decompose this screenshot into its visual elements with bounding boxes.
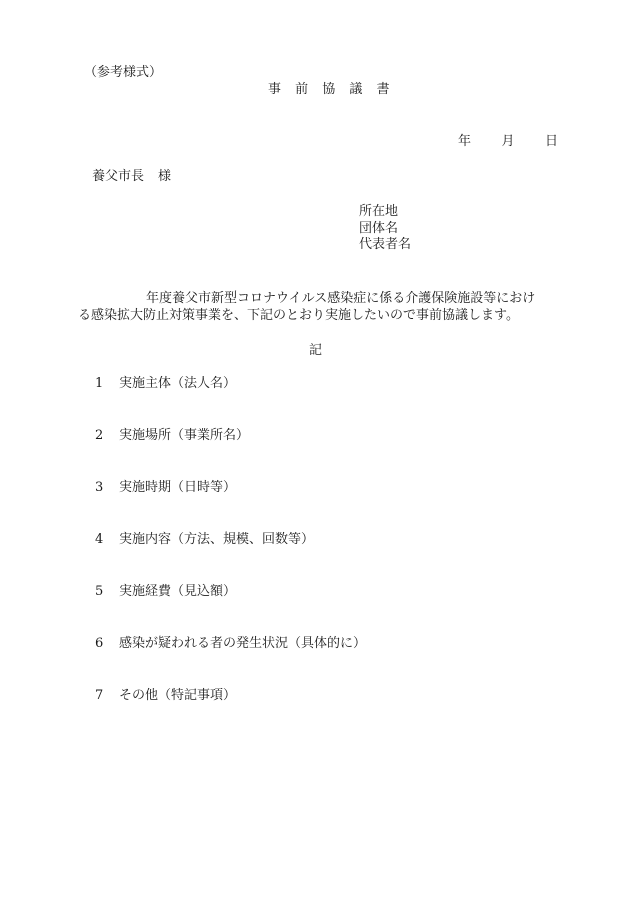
body-line-2: る感染拡大防止対策事業を、下記のとおり実施したいので事前協議します。 [78,307,558,324]
addressee: 養父市長様 [92,169,171,185]
item-number: 2 [95,428,119,444]
item-label: 実施内容（方法、規模、回数等） [119,532,314,547]
item-number: 3 [95,480,119,496]
body-line-1: 年度養父市新型コロナウイルス感染症に係る介護保険施設等におけ [78,290,558,307]
ki-heading: 記 [309,343,322,359]
day-label: 日 [545,134,558,150]
body-paragraph: 年度養父市新型コロナウイルス感染症に係る介護保険施設等におけ る感染拡大防止対策… [78,290,558,324]
reference-form-label: （参考様式） [84,65,162,81]
item-label: 実施場所（事業所名） [119,428,249,443]
applicant-block: 所在地 団体名 代表者名 [359,204,411,254]
item-number: 7 [95,688,119,704]
list-item: 4実施内容（方法、規模、回数等） [95,532,314,548]
list-item: 5実施経費（見込額） [95,584,236,600]
applicant-organization-label: 団体名 [359,221,411,238]
applicant-representative-label: 代表者名 [359,237,411,254]
list-item: 7その他（特記事項） [95,688,236,704]
item-number: 4 [95,532,119,548]
date-line: 年 月 日 [458,134,558,150]
item-label: その他（特記事項） [119,688,236,703]
addressee-honorific: 様 [158,169,171,184]
list-item: 1実施主体（法人名） [95,376,236,392]
item-label: 実施時期（日時等） [119,480,236,495]
list-item: 6感染が疑われる者の発生状況（具体的に） [95,636,366,652]
year-label: 年 [458,134,471,150]
document-title: 事 前 協 議 書 [268,82,395,98]
month-label: 月 [501,134,514,150]
item-number: 5 [95,584,119,600]
item-label: 実施経費（見込額） [119,584,236,599]
item-label: 実施主体（法人名） [119,376,236,391]
item-number: 1 [95,376,119,392]
item-label: 感染が疑われる者の発生状況（具体的に） [119,636,366,651]
addressee-name: 養父市長 [92,169,144,184]
list-item: 2実施場所（事業所名） [95,428,249,444]
item-number: 6 [95,636,119,652]
applicant-address-label: 所在地 [359,204,411,221]
list-item: 3実施時期（日時等） [95,480,236,496]
